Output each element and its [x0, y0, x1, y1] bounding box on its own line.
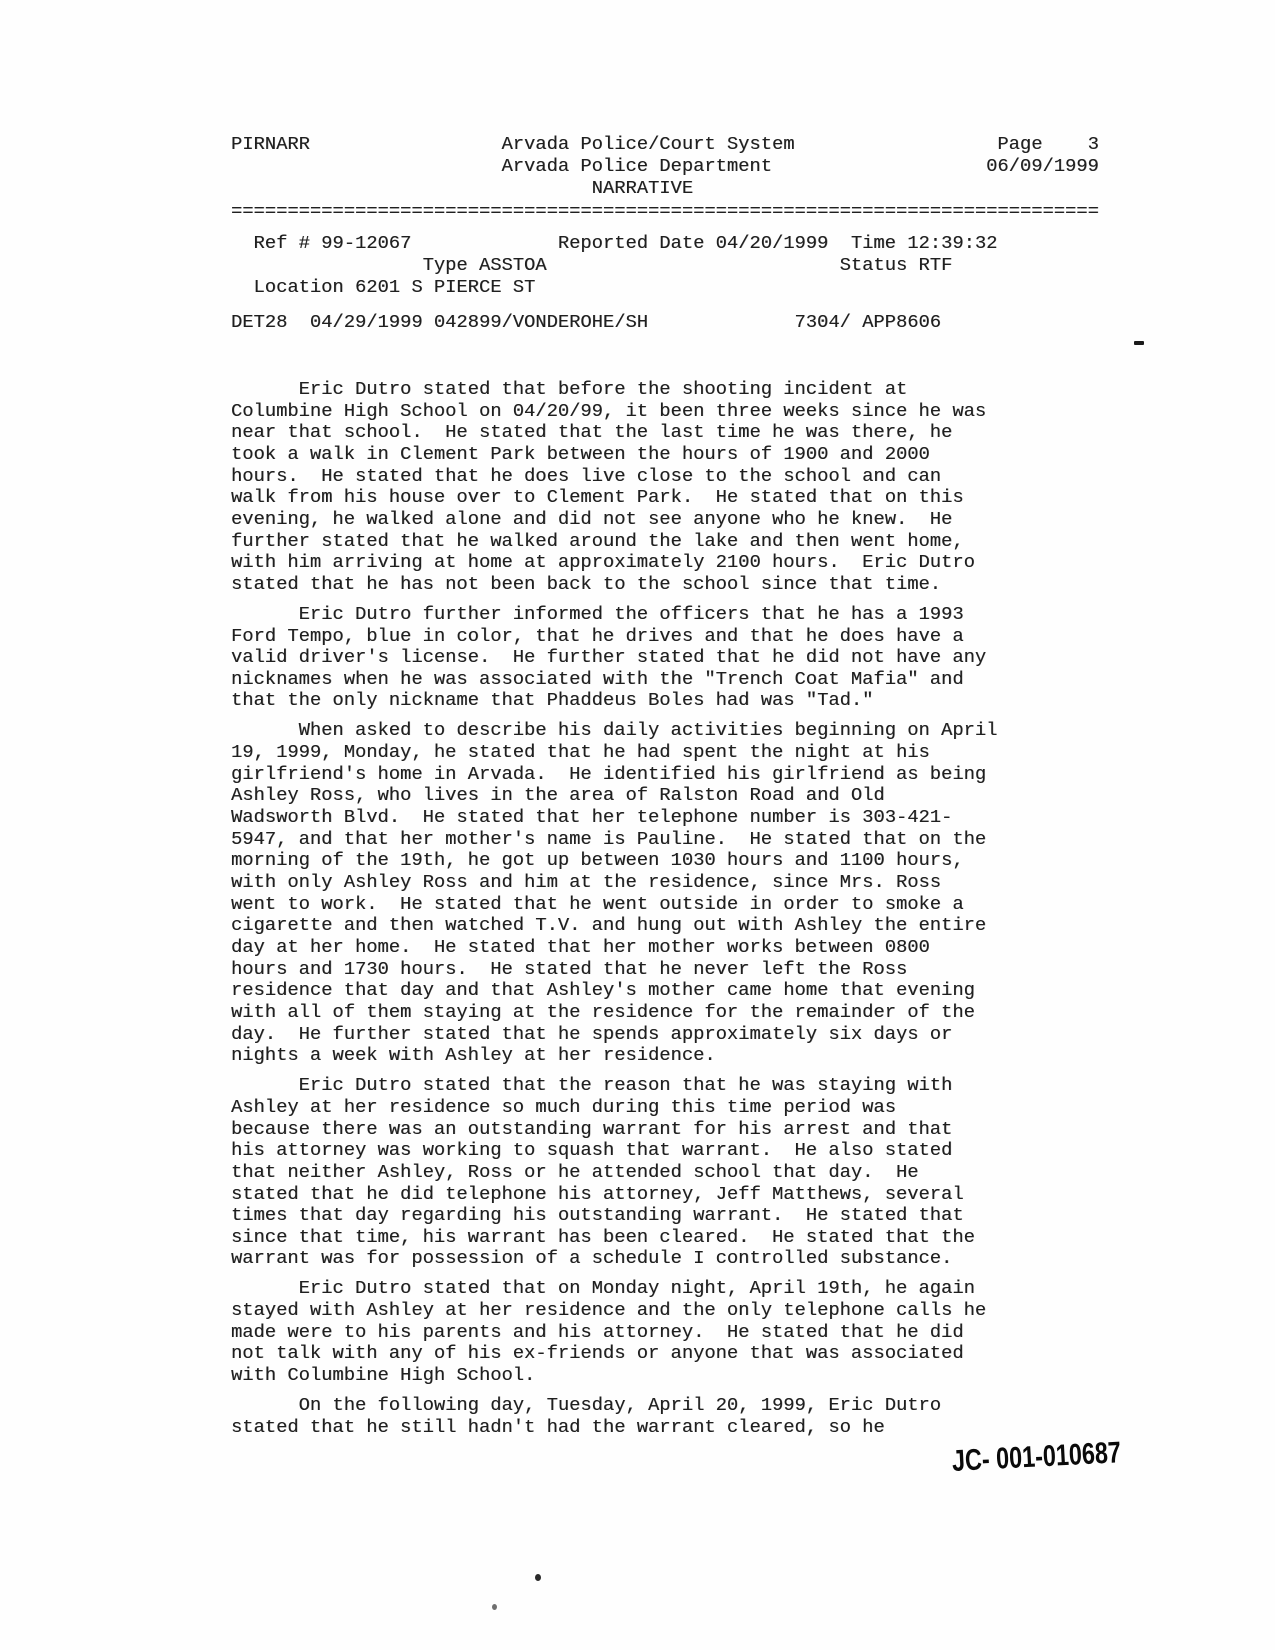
header-row-2: Arvada Police Department 06/09/1999 — [231, 156, 1131, 178]
status-value: RTF — [919, 255, 953, 277]
separator-line: ========================================… — [231, 201, 1099, 223]
narrative-paragraph: Eric Dutro further informed the officers… — [231, 604, 1031, 712]
ref-number: 99-12067 — [321, 233, 411, 255]
narrative-body: Eric Dutro stated that before the shooti… — [231, 379, 1031, 1438]
exhibit-stamp: JC- 001-010687 — [951, 1438, 1121, 1477]
org-name-line2: Arvada Police Department — [501, 156, 772, 178]
page-number: 3 — [1088, 134, 1099, 156]
reported-label: Reported Date — [558, 233, 705, 255]
detective-codes: 7304/ APP8606 — [795, 312, 942, 334]
detective-entry-row: DET28 04/29/1999 042899/VONDEROHE/SH 730… — [231, 312, 1131, 334]
time-value: 12:39:32 — [907, 233, 997, 255]
type-label: Type — [423, 255, 468, 277]
org-name-line1: Arvada Police/Court System — [501, 134, 794, 156]
separator-row: ========================================… — [231, 201, 1131, 223]
case-info-row-1: Ref # 99-12067 Reported Date 04/20/1999 … — [231, 233, 1131, 255]
print-date: 06/09/1999 — [986, 156, 1099, 178]
status-label: Status — [840, 255, 908, 277]
page-label: Page — [997, 134, 1042, 156]
scan-artifact-dash — [1134, 341, 1144, 345]
location-value: 6201 S PIERCE ST — [355, 277, 535, 299]
system-code: PIRNARR — [231, 134, 310, 156]
location-label: Location — [254, 277, 344, 299]
narrative-paragraph: Eric Dutro stated that the reason that h… — [231, 1075, 1031, 1270]
header-row-3: NARRATIVE — [231, 178, 1131, 200]
document-title: NARRATIVE — [592, 178, 693, 200]
header-row-1: PIRNARR Arvada Police/Court System Page … — [231, 134, 1131, 156]
scanned-document-page: PIRNARR Arvada Police/Court System Page … — [0, 0, 1275, 1650]
type-value: ASSTOA — [479, 255, 547, 277]
reported-date: 04/20/1999 — [716, 233, 829, 255]
case-info-row-3: Location 6201 S PIERCE ST — [231, 277, 1131, 299]
narrative-paragraph: When asked to describe his daily activit… — [231, 720, 1031, 1067]
narrative-paragraph: Eric Dutro stated that before the shooti… — [231, 379, 1031, 596]
narrative-paragraph: On the following day, Tuesday, April 20,… — [231, 1395, 1031, 1438]
case-info-row-2: Type ASSTOA Status RTF — [231, 255, 1131, 277]
scan-speck — [535, 1574, 541, 1581]
ref-label: Ref # — [254, 233, 310, 255]
detective-entry: DET28 04/29/1999 042899/VONDEROHE/SH — [231, 312, 648, 334]
time-label: Time — [851, 233, 896, 255]
narrative-paragraph: Eric Dutro stated that on Monday night, … — [231, 1278, 1031, 1386]
scan-speck — [492, 1604, 497, 1610]
